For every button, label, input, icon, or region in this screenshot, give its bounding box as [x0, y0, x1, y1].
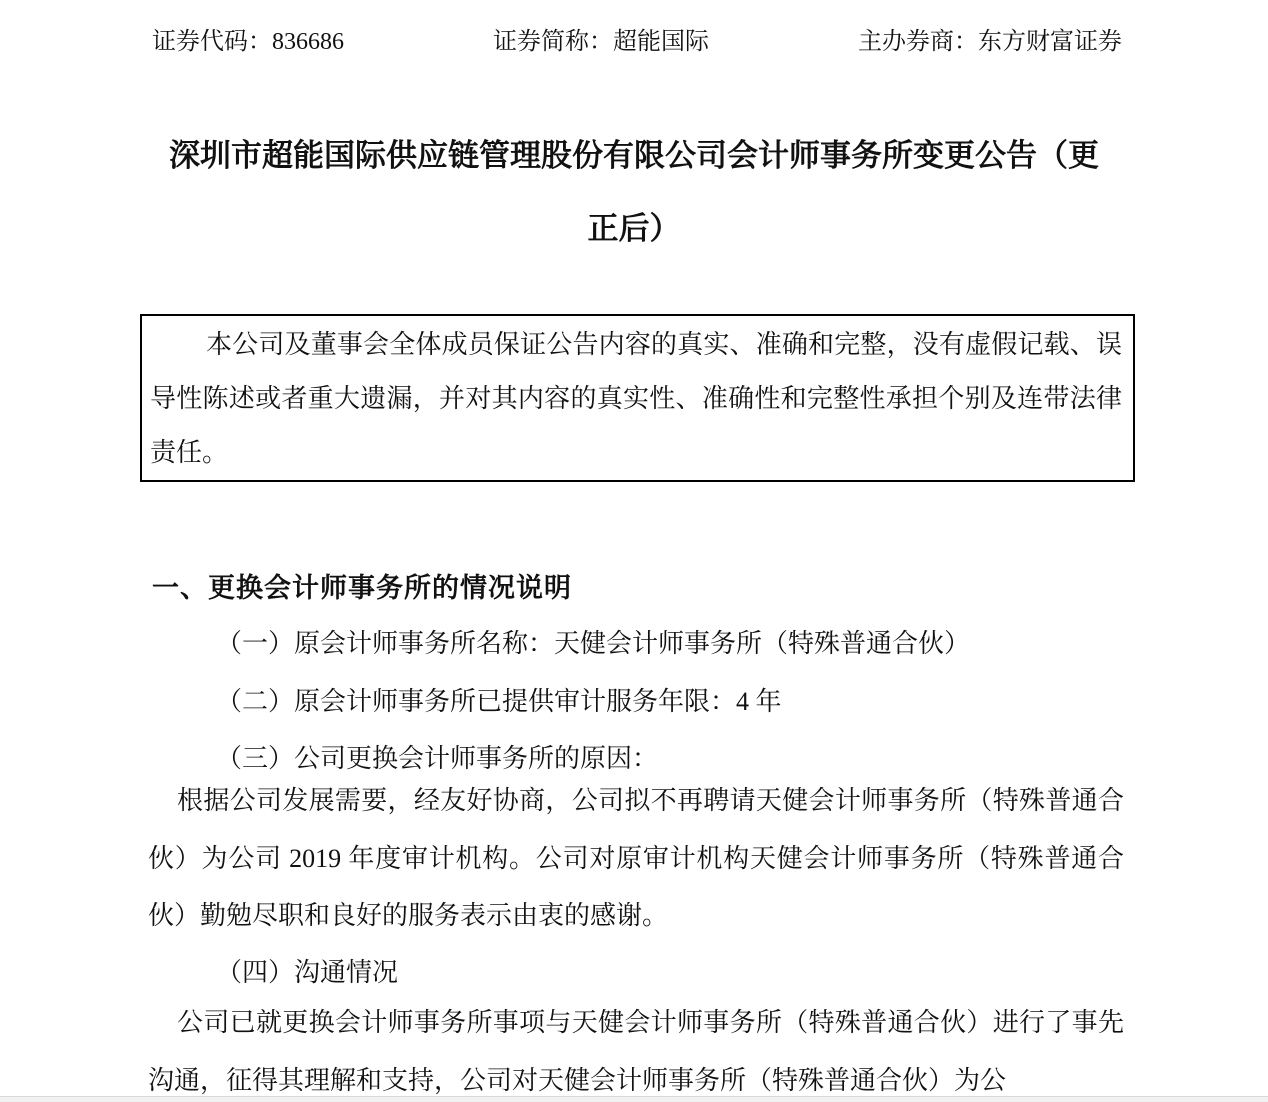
- page-title: 深圳市超能国际供应链管理股份有限公司会计师事务所变更公告（更 正后）: [74, 119, 1194, 265]
- stock-short-name: 证券简称：超能国际: [493, 21, 709, 56]
- stock-code: 证券代码：836686: [152, 21, 344, 56]
- section-1-item-3: （三）公司更换会计师事务所的原因：: [216, 738, 658, 775]
- communication-paragraph: 公司已就更换会计师事务所事项与天健会计师事务所（特殊普通合伙）进行了事先沟通，征…: [148, 994, 1124, 1100]
- page-title-line-1: 深圳市超能国际供应链管理股份有限公司会计师事务所变更公告（更: [74, 119, 1194, 192]
- sponsor-broker-label: 主办券商：: [858, 29, 978, 55]
- section-1-heading: 一、更换会计师事务所的情况说明: [152, 566, 572, 605]
- reason-paragraph: 根据公司发展需要，经友好协商，公司拟不再聘请天健会计师事务所（特殊普通合伙）为公…: [148, 772, 1124, 945]
- sponsor-broker-value: 东方财富证券: [978, 29, 1122, 55]
- section-1-item-2: （二）原会计师事务所已提供审计服务年限：4 年: [216, 681, 782, 718]
- page-bottom-divider: [0, 1096, 1268, 1102]
- stock-code-label: 证券代码：: [152, 29, 272, 55]
- securities-header-row: 证券代码：836686 证券简称：超能国际 主办券商：东方财富证券: [152, 21, 1122, 56]
- stock-code-value: 836686: [272, 29, 344, 55]
- announcement-page: 证券代码：836686 证券简称：超能国际 主办券商：东方财富证券 深圳市超能国…: [0, 0, 1268, 1102]
- stock-short-name-label: 证券简称：: [493, 29, 613, 55]
- disclaimer-text: 本公司及董事会全体成员保证公告内容的真实、准确和完整，没有虚假记载、误导性陈述或…: [150, 330, 1122, 467]
- section-1-item-1: （一）原会计师事务所名称：天健会计师事务所（特殊普通合伙）: [216, 623, 970, 660]
- stock-short-name-value: 超能国际: [613, 29, 709, 55]
- section-1-item-4: （四）沟通情况: [216, 952, 398, 989]
- page-title-line-2: 正后）: [74, 192, 1194, 265]
- sponsor-broker: 主办券商：东方财富证券: [858, 21, 1122, 56]
- disclaimer-box: 本公司及董事会全体成员保证公告内容的真实、准确和完整，没有虚假记载、误导性陈述或…: [140, 314, 1135, 482]
